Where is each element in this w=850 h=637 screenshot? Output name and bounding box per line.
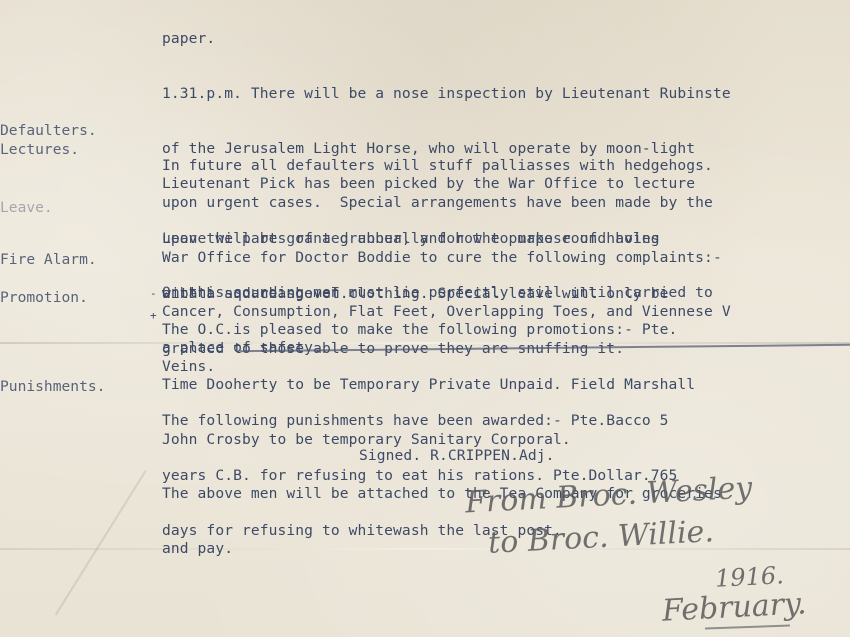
section-line: Lieutenant Pick has been picked by the W… (162, 175, 695, 193)
section-label-defaulters: Defaulters. (0, 122, 97, 139)
section-label-lectures: Lectures. (0, 141, 79, 158)
section-label-fire-alarm: Fire Alarm. (0, 251, 97, 268)
section-label-promotion: Promotion. (0, 289, 88, 306)
margin-tick-mark: - (150, 287, 157, 300)
typed-signature: Signed. R.CRIPPEN.Adj. (359, 447, 555, 465)
section-line: The O.C.is pleased to make the following… (162, 321, 722, 339)
section-label-punishments: Punishments. (0, 378, 105, 395)
section-line: Leave will be granted annually for the p… (162, 230, 669, 248)
intro-line: 1.31.p.m. There will be a nose inspectio… (162, 85, 731, 103)
margin-plus-mark: + (150, 309, 157, 322)
intro-line: paper. (162, 30, 731, 48)
section-line: The following punishments have been awar… (162, 412, 677, 430)
section-label-leave: Leave. (0, 199, 53, 216)
